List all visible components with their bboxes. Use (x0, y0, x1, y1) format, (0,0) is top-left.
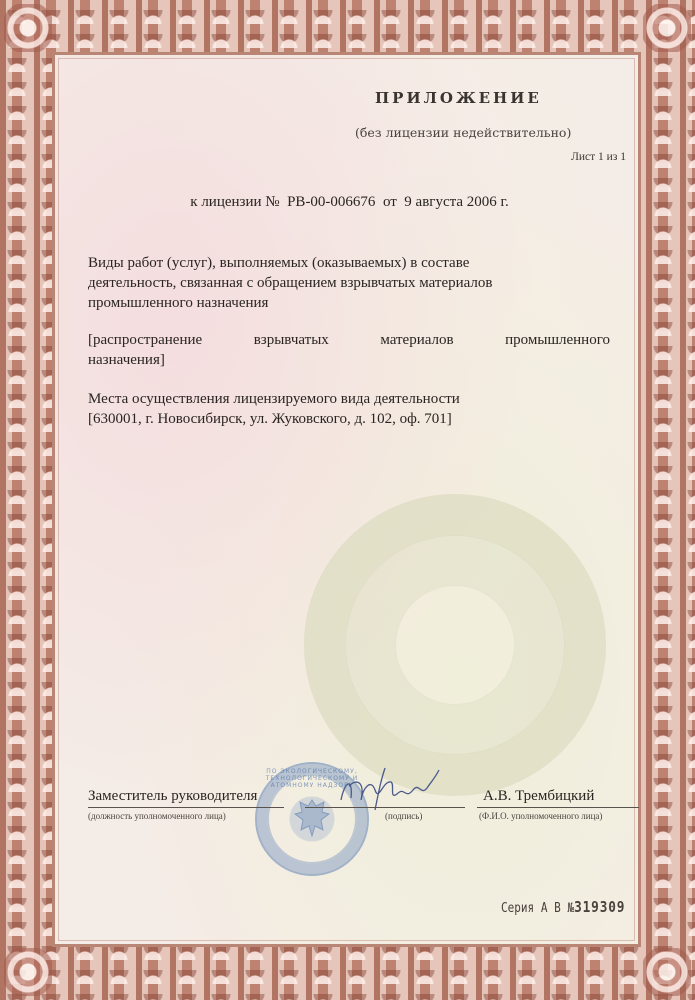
places-address: [630001, г. Новосибирск, ул. Жуковского,… (88, 409, 610, 429)
position-underline (88, 807, 284, 808)
signatory-position: Заместитель руководителя (88, 788, 257, 805)
works-heading-line: деятельность, связанная с обращением взр… (88, 273, 610, 293)
places-heading: Места осуществления лицензируемого вида … (88, 389, 610, 409)
signatory-name: А.В. Трембицкий (483, 788, 594, 805)
places-section: Места осуществления лицензируемого вида … (88, 389, 610, 429)
document-page: ПРИЛОЖЕНИЕ (без лицензии недействительно… (52, 52, 641, 947)
corner-ornament (643, 4, 691, 52)
document-title: ПРИЛОЖЕНИЕ (375, 89, 535, 107)
caption-signature: (подпись) (385, 811, 422, 821)
signature-underline (305, 807, 465, 808)
corner-ornament (4, 4, 52, 52)
license-reference: к лицензии № РВ-00-006676 от 9 августа 2… (55, 194, 644, 211)
license-number: РВ-00-006676 (287, 194, 375, 210)
works-heading-line: Виды работ (услуг), выполняемых (оказыва… (88, 253, 610, 273)
coat-of-arms-icon (291, 794, 333, 842)
series-label: Серия А В № (501, 901, 574, 916)
license-date: 9 августа 2006 г. (404, 194, 508, 210)
caption-name: (Ф.И.О. уполномоченного лица) (479, 811, 602, 821)
license-prefix: к лицензии № (190, 194, 279, 210)
watermark-rosette (305, 495, 605, 795)
corner-ornament (643, 948, 691, 996)
works-value-line: назначения] (88, 350, 610, 370)
sheet-number: Лист 1 из 1 (571, 151, 626, 163)
series-number: 319309 (574, 898, 625, 916)
works-heading: Виды работ (услуг), выполняемых (оказыва… (88, 253, 610, 313)
validity-note: (без лицензии недействительно) (355, 125, 571, 140)
license-date-prefix: от (383, 194, 397, 210)
form-series: Серия А В №319309 (501, 898, 625, 916)
works-value-line: [распространение взрывчатых материалов п… (88, 330, 610, 350)
corner-ornament (4, 948, 52, 996)
name-underline (477, 807, 639, 808)
caption-position: (должность уполномоченного лица) (88, 811, 226, 821)
works-heading-line: промышленного назначения (88, 293, 610, 313)
works-value: [распространение взрывчатых материалов п… (88, 330, 610, 370)
